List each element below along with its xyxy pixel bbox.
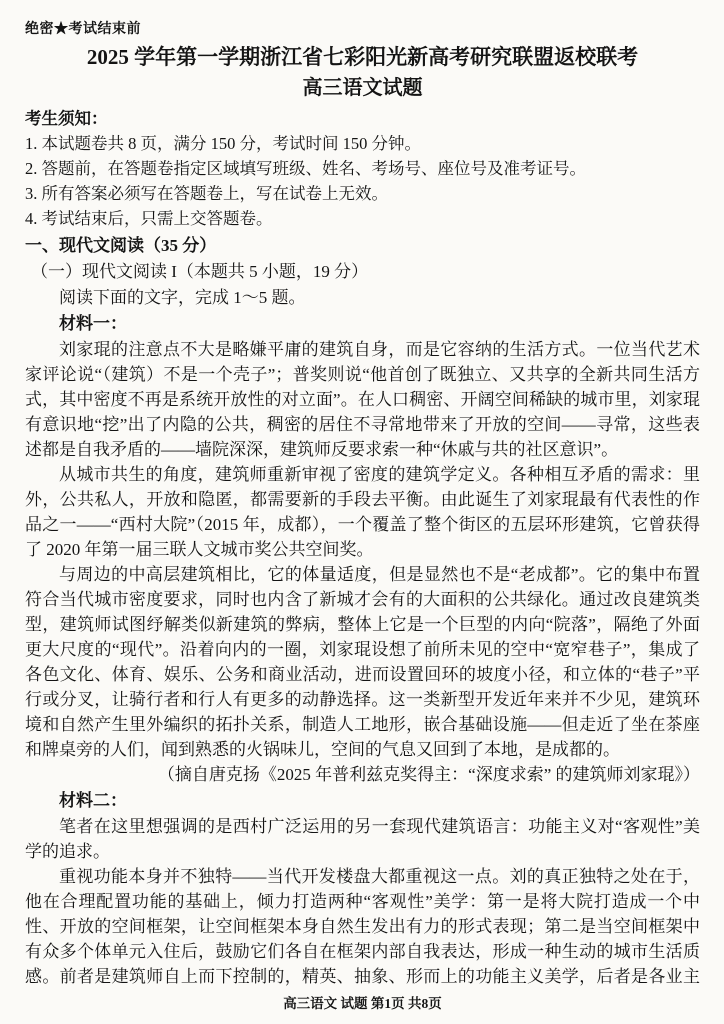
notice-item: 2. 答题前，在答题卷指定区域填写班级、姓名、考场号、座位号及准考证号。 <box>25 156 700 181</box>
material2-label: 材料二： <box>25 788 700 814</box>
material1-paragraph: 从城市共生的角度，建筑师重新审视了密度的建筑学定义。各种相互矛盾的需求：里外，公… <box>25 462 700 562</box>
material2-paragraph: 重视功能本身并不独特——当代开发楼盘大都重视这一点。刘的真正独特之处在于，他在合… <box>25 864 700 992</box>
page-content: 绝密★考试结束前 2025 学年第一学期浙江省七彩阳光新高考研究联盟返校联考 高… <box>25 20 700 992</box>
material1-paragraph: 刘家琨的注意点不大是略嫌平庸的建筑自身，而是它容纳的生活方式。一位当代艺术家评论… <box>25 337 700 462</box>
material1-paragraph: 与周边的中高层建筑相比，它的体量适度，但是显然也不是“老成都”。它的集中布置符合… <box>25 562 700 762</box>
subsection-heading: （一）现代文阅读 I（本题共 5 小题，19 分） <box>25 259 700 285</box>
material1-label: 材料一： <box>25 311 700 337</box>
notice-item: 4. 考试结束后，只需上交答题卷。 <box>25 206 700 231</box>
notice-item: 1. 本试题卷共 8 页，满分 150 分，考试时间 150 分钟。 <box>25 131 700 156</box>
page-footer: 高三语文 试题 第1页 共8页 <box>25 992 700 1016</box>
exam-title: 2025 学年第一学期浙江省七彩阳光新高考研究联盟返校联考 <box>25 42 700 73</box>
section-heading: 一、现代文阅读（35 分） <box>25 233 700 259</box>
material2-paragraph: 笔者在这里想强调的是西村广泛运用的另一套现代建筑语言：功能主义对“客观性”美学的… <box>25 814 700 864</box>
reading-instruction: 阅读下面的文字，完成 1～5 题。 <box>25 285 700 311</box>
exam-page: 绝密★考试结束前 2025 学年第一学期浙江省七彩阳光新高考研究联盟返校联考 高… <box>0 0 724 1024</box>
secrecy-notice: 绝密★考试结束前 <box>25 20 700 40</box>
notice-item: 3. 所有答案必须写在答题卷上，写在试卷上无效。 <box>25 181 700 206</box>
material1-source-attribution: （摘自唐克扬《2025 年普利兹克奖得主：“深度求索” 的建筑师刘家琨》） <box>25 762 700 788</box>
exam-subtitle: 高三语文试题 <box>25 73 700 103</box>
notice-heading: 考生须知： <box>25 106 700 131</box>
